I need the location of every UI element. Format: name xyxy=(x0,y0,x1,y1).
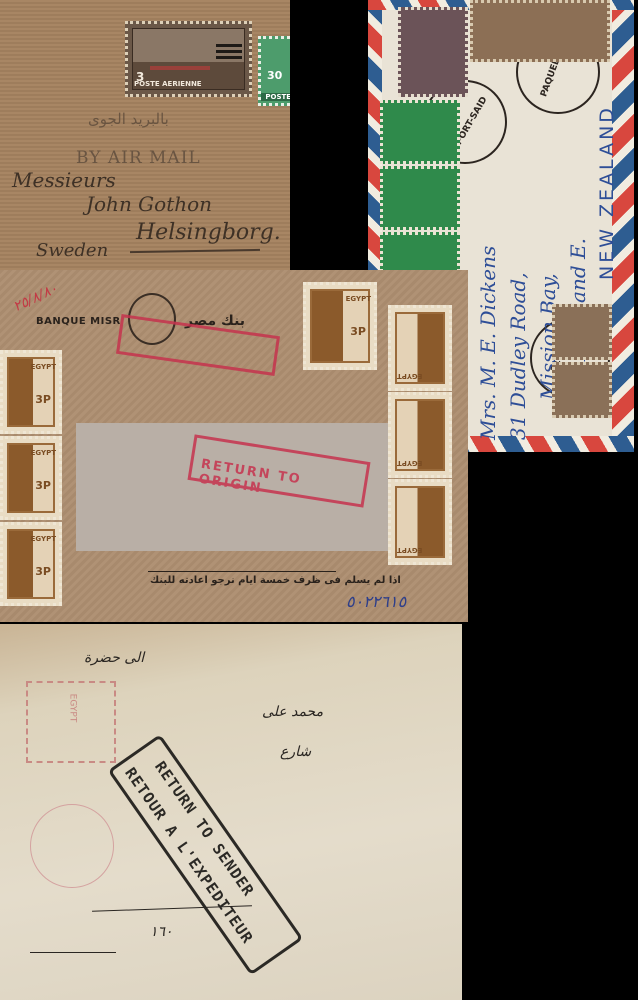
red-overprint xyxy=(150,66,210,70)
handwriting-line-2: محمد على xyxy=(262,704,323,720)
address-line-1: Mrs. M. E. Dickens xyxy=(476,246,500,440)
stamp-ramses-3p-inverted: EGYPT xyxy=(388,392,452,478)
stamp-ramses-3p: EGYPT3P xyxy=(0,522,62,606)
stamp-4-mills-green xyxy=(380,100,460,164)
stamp-ramses-3p: EGYPT3P xyxy=(0,350,62,434)
meter-mark: EGYPT xyxy=(26,681,116,763)
cover-back-return-to-sender: EGYPT الى حضرة محمد على شارع ١٦٠ RETURN … xyxy=(0,624,462,1000)
stamp-ramses-3p-inverted: EGYPT xyxy=(388,479,452,565)
airmail-stamp-3-mills: 3 POSTE AERIENNE xyxy=(125,21,252,97)
airmail-label-arabic: بالبريد الجوى xyxy=(88,110,169,128)
footer-text-arabic: اذا لم يسلم فى ظرف خمسة ايام نرجو اعادته… xyxy=(150,575,401,586)
footer-rule xyxy=(148,571,336,572)
stamp-100-mills-purple xyxy=(398,7,468,97)
handwriting-line-3: شارع xyxy=(280,744,311,760)
bank-name: BANQUE MISR xyxy=(36,316,121,327)
stamp-ramses-3p: EGYPT3P xyxy=(0,436,62,520)
address-line-2: 31 Dudley Road, xyxy=(506,272,530,440)
stamp-ramses-3p-inverted: EGYPT xyxy=(388,305,452,391)
stamp-ramses-3p: EGYPT3P xyxy=(303,282,377,370)
cover-banque-misr: ٢٥/٨/٨٠ BANQUE MISR بنك مصر RETURN TO OR… xyxy=(0,270,468,622)
airmail-label: BY AIR MAIL xyxy=(76,148,201,168)
handwritten-number: ٥٠٢٢٦١٥ xyxy=(346,592,406,611)
underline xyxy=(30,952,116,953)
address-country: NEW ZEALAND xyxy=(596,105,618,280)
handwriting-line-1: الى حضرة xyxy=(84,650,144,666)
red-handwriting: ٢٥/٨/٨٠ xyxy=(11,281,60,315)
stamp-3-mills-brown xyxy=(552,362,612,418)
return-to-sender-stamp: RETURN TO SENDER RETOUR A L'EXPEDITEUR xyxy=(108,734,304,975)
stamp-30-mills: 30 POSTES D'EGYPTE xyxy=(258,36,300,106)
handwriting-line-4: ١٦٠ xyxy=(150,924,173,940)
addressee-city: Helsingborg. xyxy=(136,220,281,245)
stamp-label: POSTE AERIENNE xyxy=(134,80,202,88)
obliteration-bars xyxy=(297,59,300,77)
cover-sweden: 3 POSTE AERIENNE 30 POSTES D'EGYPTE بالب… xyxy=(0,0,300,276)
stamp-4-mills-green xyxy=(380,166,460,230)
addressee-salutation: Messieurs xyxy=(12,168,116,192)
stamp-label: POSTES D'EGYPTE xyxy=(261,93,300,101)
stamp-value: 30 xyxy=(267,69,282,82)
addressee-country: Sweden xyxy=(36,240,108,261)
stamp-3-mills-brown xyxy=(552,304,612,360)
obliteration-bars xyxy=(216,44,242,62)
circular-postmark xyxy=(30,804,114,888)
underline xyxy=(130,249,260,253)
addressee-name: John Gothon xyxy=(86,192,212,216)
stamp-pair-3-mills xyxy=(470,0,610,62)
